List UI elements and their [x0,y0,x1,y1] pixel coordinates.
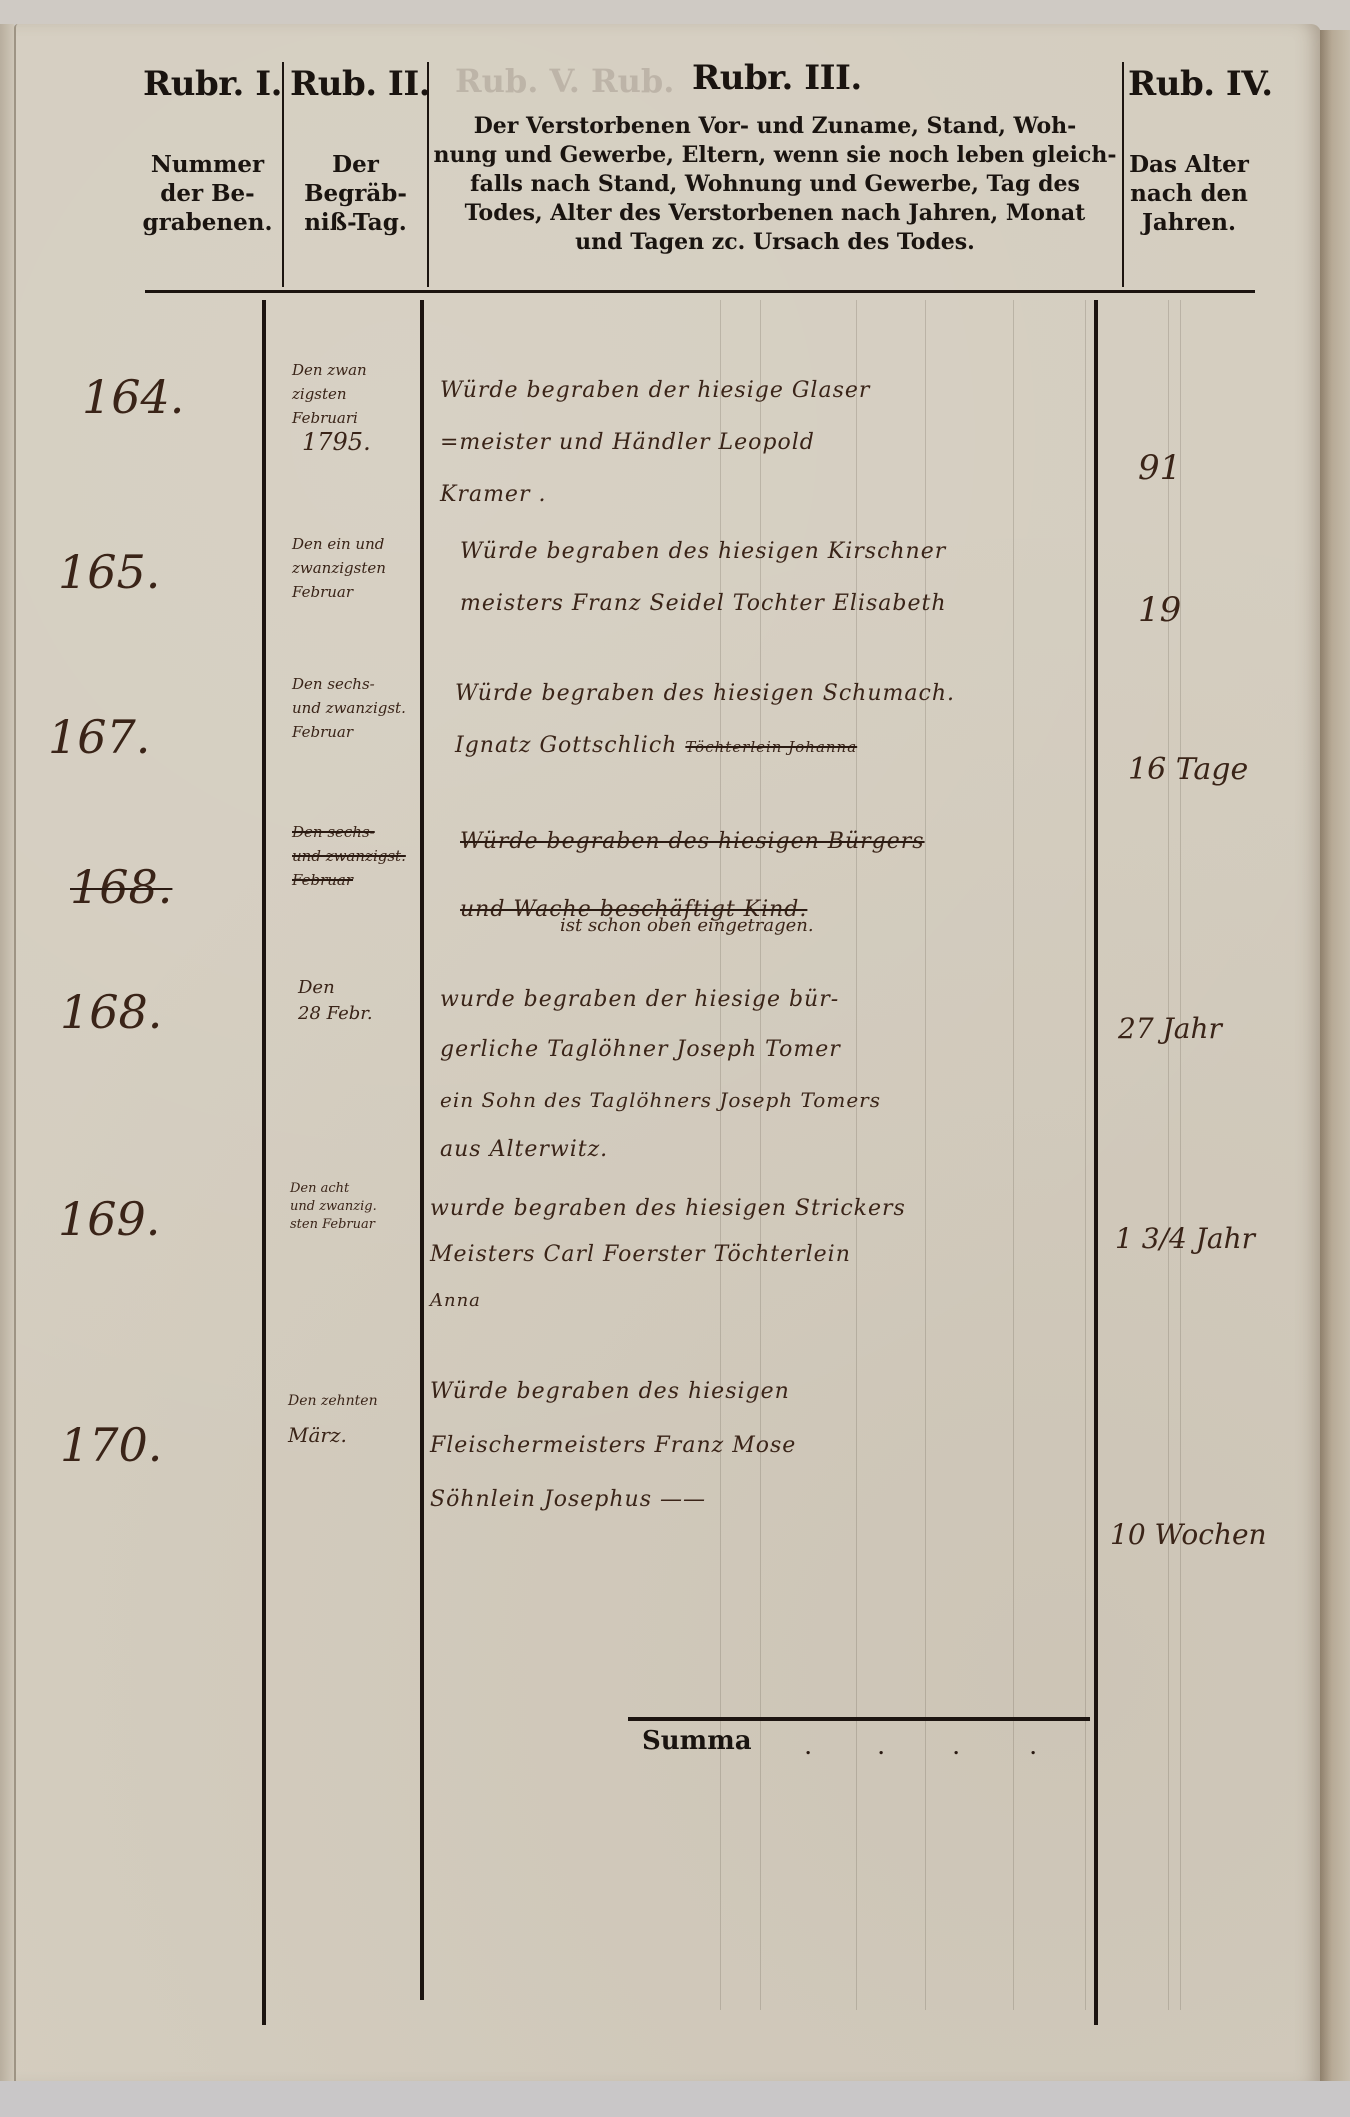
text-line: meisters Franz Seidel Tochter Elisabeth [460,578,947,630]
label-line: grabenen. [140,208,275,237]
entry-text: wurde begraben der hiesige bür- gerliche… [440,975,881,1175]
date-line: und zwanzigst. [292,844,406,868]
rubric-1-label: Nummer der Be- grabenen. [140,150,275,237]
column-divider [262,300,266,2025]
date-line: zwanzigsten [292,556,386,580]
text-line: Anna [430,1278,906,1324]
age: 1 3/4 Jahr [1115,1222,1255,1255]
date-line: sten Februar [290,1216,377,1234]
header-divider [427,62,429,287]
text-line: Söhnlein Josephus —— [430,1473,796,1527]
text-line: Würde begraben des hiesigen Kirschner [460,526,947,578]
text-line: gerliche Taglöhner Joseph Tomer [440,1025,881,1075]
date-line: und zwanzig. [290,1198,377,1216]
label-line: Todes, Alter des Verstorbenen nach Jahre… [430,199,1120,228]
book-spine-shadow [1320,30,1350,2110]
date-line: Den sechs- [292,672,406,696]
text-line: Würde begraben des hiesigen [430,1365,796,1419]
faint-ruling [1013,300,1014,2010]
label-line: und Tagen zc. Ursach des Todes. [430,228,1120,257]
faint-ruling [1085,300,1086,2010]
text-line: Würde begraben des hiesigen Bürgers [460,808,925,876]
burial-date: Den acht und zwanzig. sten Februar [290,1180,377,1234]
rubric-4-title: Rub. IV. [1128,64,1273,104]
entry-text: Würde begraben des hiesigen Kirschner me… [460,526,947,630]
age: 16 Tage [1128,752,1248,787]
rubric-3-label: Der Verstorbenen Vor- und Zuname, Stand,… [430,112,1120,257]
rubric-1-title: Rubr. I. [143,64,282,104]
date-line: März. [288,1418,378,1452]
text-line: wurde begraben der hiesige bür- [440,975,881,1025]
age: 19 [1138,590,1181,630]
text-line: Meisters Carl Foerster Töchterlein [430,1232,906,1278]
summa-dot: . [805,1738,811,1759]
summa-dot: . [1030,1738,1036,1759]
label-line: niß-Tag. [288,208,423,237]
date-line: Den zehnten [288,1384,378,1418]
text-line: =meister und Händler Leopold [440,417,870,469]
correction-note: ist schon oben eingetragen. [560,915,814,936]
summa-dot: . [878,1738,884,1759]
entry-number: 167. [48,710,150,764]
scan-background [0,2081,1350,2117]
header-rule [145,290,1255,293]
age: 27 Jahr [1118,1012,1222,1045]
header-divider [1122,62,1124,287]
text-line: Würde begraben der hiesige Glaser [440,365,870,417]
burial-date: Den sechs- und zwanzigst. Februar [292,672,406,744]
entry-text: Würde begraben des hiesigen Fleischermei… [430,1365,796,1527]
date-line: Februari [292,406,371,430]
date-line: Den [298,975,373,1001]
burial-date: Den 28 Febr. [298,975,373,1027]
text-line: Fleischermeisters Franz Mose [430,1419,796,1473]
burial-date: Den zehnten März. [288,1384,378,1452]
rubric-2-title: Rub. II. [290,64,430,104]
rubric-4-label: Das Alter nach den Jahren. [1124,150,1254,237]
entry-number: 168. [60,985,162,1039]
entry-text: Würde begraben des hiesigen Schumach. Ig… [455,668,955,773]
label-line: Der [288,150,423,179]
entry-number: 165. [58,545,160,599]
date-line: Den ein und [292,532,386,556]
header-divider [282,62,284,287]
show-through-text: Rub. V. Rub. [455,62,674,100]
entry-number: 169. [58,1192,160,1246]
date-line: zigsten [292,382,371,406]
date-line: 28 Febr. [298,1001,373,1027]
struck-text: Töchterlein Johanna [685,738,857,756]
faint-ruling [1180,300,1181,2010]
burial-date: Den ein und zwanzigsten Februar [292,532,386,604]
date-line: Februar [292,580,386,604]
age: 91 [1138,448,1181,488]
summa-dot: . [953,1738,959,1759]
column-divider [420,300,424,2000]
label-line: Jahren. [1124,208,1254,237]
entry-number: 164. [82,370,184,424]
label-line: falls nach Stand, Wohnung und Gewerbe, T… [430,170,1120,199]
label-line: Das Alter [1124,150,1254,179]
rubric-3-title: Rubr. III. [692,58,862,98]
label-line: Der Verstorbenen Vor- und Zuname, Stand,… [430,112,1120,141]
date-line: Den zwan [292,358,371,382]
text-line: Ignatz Gottschlich Töchterlein Johanna [455,720,955,773]
summa-label: Summa [642,1726,752,1756]
text-line: ein Sohn des Taglöhners Joseph Tomers [440,1075,881,1125]
date-line: Den acht [290,1180,377,1198]
rubric-2-label: Der Begräb- niß-Tag. [288,150,423,237]
page-edge [0,24,14,2084]
date-line: 1795. [292,430,371,454]
label-line: Begräb- [288,179,423,208]
entry-text: Würde begraben der hiesige Glaser =meist… [440,365,870,521]
text-line: Kramer . [440,469,870,521]
burial-date: Den zwan zigsten Februari 1795. [292,358,371,454]
burial-date-struck: Den sechs- und zwanzigst. Februar [292,820,406,892]
text-line: aus Alterwitz. [440,1125,881,1175]
faint-ruling [1168,300,1169,2010]
date-line: Februar [292,868,406,892]
label-line: nach den [1124,179,1254,208]
label-line: der Be- [140,179,275,208]
entry-number: 170. [60,1418,162,1472]
entry-text: wurde begraben des hiesigen Strickers Me… [430,1186,906,1324]
date-line: Februar [292,720,406,744]
date-line: Den sechs- [292,820,406,844]
age: 10 Wochen [1110,1518,1267,1551]
date-line: und zwanzigst. [292,696,406,720]
label-line: Nummer [140,150,275,179]
summa-rule [628,1717,1090,1721]
text-line: wurde begraben des hiesigen Strickers [430,1186,906,1232]
entry-number-struck: 168. [70,860,172,914]
column-divider [1094,300,1098,2025]
label-line: nung und Gewerbe, Eltern, wenn sie noch … [430,141,1120,170]
text-line: Würde begraben des hiesigen Schumach. [455,668,955,720]
